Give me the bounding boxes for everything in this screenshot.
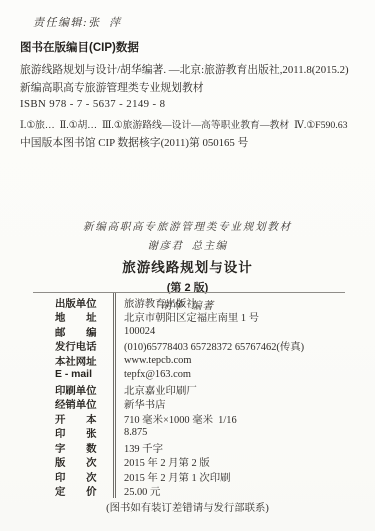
chief-editor: 谢彦君 总主编: [0, 238, 375, 253]
colophon-label: 字 数: [55, 440, 105, 455]
copyright-page: 责任编辑:张 萍 图书在版编目(CIP)数据 旅游线路规划与设计/胡华编著. —…: [0, 0, 375, 531]
colophon-table: 出版单位 旅游教育出版社 地 址 北京市朝阳区定福庄南里 1 号 邮 编 100…: [33, 292, 345, 498]
colophon-value: 139 千字: [124, 440, 163, 455]
colophon-label: E - mail: [55, 369, 105, 380]
cip-classification-line: Ⅰ.①旅… Ⅱ.①胡… Ⅲ.①旅游路线—设计—高等职业教育—教材 Ⅳ.①F590…: [20, 117, 348, 131]
colophon-row: 印 张 8.875: [33, 426, 345, 441]
colophon-value: 8.875: [124, 427, 147, 438]
colophon-row: 定 价 25.00 元: [33, 484, 345, 499]
column-divider-rule: [113, 293, 116, 498]
colophon-value: 旅游教育出版社: [124, 295, 197, 310]
colophon-rows: 出版单位 旅游教育出版社 地 址 北京市朝阳区定福庄南里 1 号 邮 编 100…: [33, 295, 345, 498]
responsible-editor-line: 责任编辑:张 萍: [33, 14, 122, 30]
colophon-label: 邮 编: [55, 324, 105, 339]
cip-series-line: 新编高职高专旅游管理类专业规划教材: [20, 80, 204, 95]
colophon-row: 印刷单位 北京嘉业印刷厂: [33, 382, 345, 397]
series-title: 新编高职高专旅游管理类专业规划教材: [0, 219, 375, 234]
colophon-value: (010)65778403 65728372 65767462(传真): [124, 338, 304, 353]
colophon-label: 出版单位: [55, 295, 105, 310]
book-title: 旅游线路规划与设计: [0, 256, 375, 276]
colophon-label: 印 次: [55, 469, 105, 484]
colophon-value: 710 毫米×1000 毫米 1/16: [124, 411, 237, 426]
colophon-value: 北京市朝阳区定福庄南里 1 号: [124, 309, 259, 324]
colophon-row: 印 次 2015 年 2 月第 1 次印刷: [33, 469, 345, 484]
colophon-label: 经销单位: [55, 396, 105, 411]
colophon-value: tepfx@163.com: [124, 369, 191, 380]
colophon-row: 邮 编 100024: [33, 324, 345, 339]
colophon-label: 版 次: [55, 454, 105, 469]
colophon-label: 印刷单位: [55, 382, 105, 397]
cip-description-line: 旅游线路规划与设计/胡华编著. —北京:旅游教育出版社,2011.8(2015.…: [20, 62, 349, 77]
colophon-value: 25.00 元: [124, 483, 160, 498]
colophon-label: 定 价: [55, 483, 105, 498]
binding-error-note: (图书如有装订差错请与发行部联系): [0, 499, 375, 514]
colophon-label: 开 本: [55, 411, 105, 426]
colophon-label: 印 张: [55, 425, 105, 440]
colophon-row: 出版单位 旅游教育出版社: [33, 295, 345, 310]
colophon-value: 北京嘉业印刷厂: [124, 382, 197, 397]
cip-record-number-line: 中国版本图书馆 CIP 数据核字(2011)第 050165 号: [20, 135, 248, 150]
colophon-value: 2015 年 2 月第 1 次印刷: [124, 469, 231, 484]
colophon-row: 版 次 2015 年 2 月第 2 版: [33, 455, 345, 470]
colophon-row: 经销单位 新华书店: [33, 397, 345, 412]
colophon-row: 开 本 710 毫米×1000 毫米 1/16: [33, 411, 345, 426]
colophon-row: 本社网址 www.tepcb.com: [33, 353, 345, 368]
isbn-line: ISBN 978 - 7 - 5637 - 2149 - 8: [20, 98, 165, 110]
colophon-label: 本社网址: [55, 353, 105, 368]
colophon-value: 新华书店: [124, 396, 166, 411]
colophon-label: 地 址: [55, 309, 105, 324]
colophon-value: 2015 年 2 月第 2 版: [124, 454, 210, 469]
colophon-label: 发行电话: [55, 338, 105, 353]
colophon-row: E - mail tepfx@163.com: [33, 368, 345, 383]
colophon-row: 字 数 139 千字: [33, 440, 345, 455]
colophon-row: 地 址 北京市朝阳区定福庄南里 1 号: [33, 310, 345, 325]
colophon-value: www.tepcb.com: [124, 355, 191, 366]
colophon-row: 发行电话 (010)65778403 65728372 65767462(传真): [33, 339, 345, 354]
cip-heading: 图书在版编目(CIP)数据: [20, 39, 139, 55]
colophon-value: 100024: [124, 326, 155, 337]
